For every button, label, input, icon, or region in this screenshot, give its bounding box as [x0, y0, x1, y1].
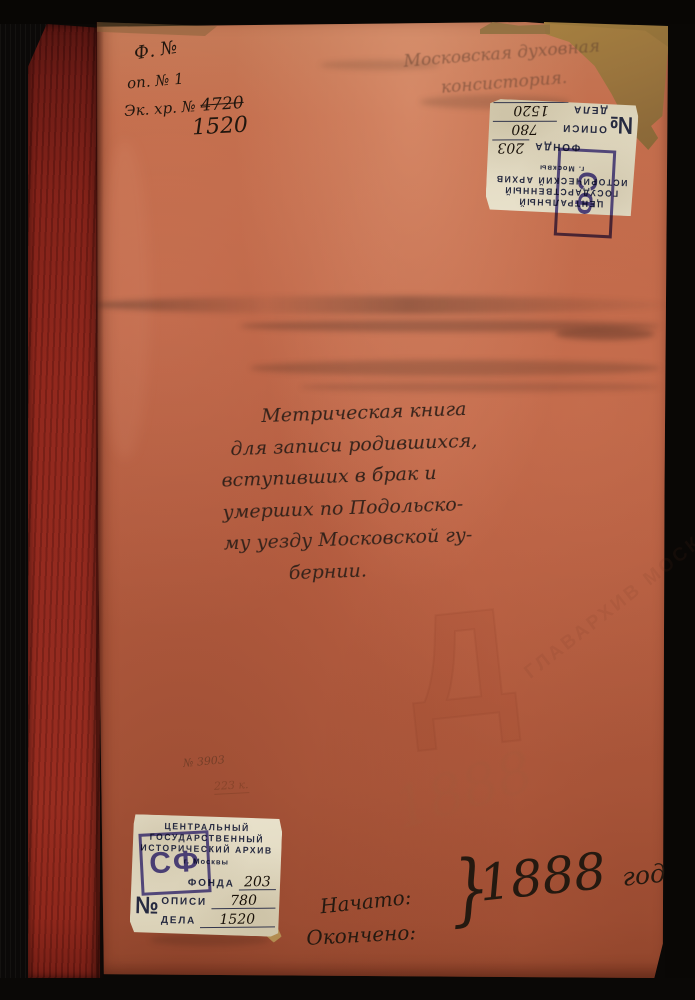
fond-value: 203: [492, 140, 529, 155]
book-spine-texture: [28, 24, 100, 978]
watermark-big-letter: Д: [399, 573, 523, 756]
smudge-band-3: [250, 360, 660, 376]
title-inscription: Метрическая книга для записи родившихся,…: [219, 390, 595, 592]
finished-label: Окончено:: [306, 920, 417, 950]
smudge-right: [555, 328, 655, 340]
sf-stamp-top: СФ: [554, 148, 617, 239]
numero-sign: №: [607, 110, 634, 138]
delo-value: 1520: [200, 912, 275, 928]
delo-row: ДЕЛА 1520: [161, 906, 275, 928]
delo-label: ДЕЛА: [161, 914, 196, 926]
fond-value: 203: [239, 875, 276, 890]
scan-margin-bottom: [0, 978, 695, 1000]
mark-new-number: 1520: [191, 113, 248, 141]
sf-stamp-bottom-text: СФ: [149, 845, 202, 882]
spine-cover-fold-shadow: [96, 22, 104, 978]
faint-price-note: 223 к.: [214, 778, 249, 795]
archival-book-cover-scan: ГЛАВАРХИВ МОСКВЫ ГЛАВАРХИВ МОСКВЫ ГЛАВАР…: [0, 0, 695, 1000]
delo-value: 1520: [493, 102, 568, 117]
delo-label: ДЕЛА: [572, 104, 608, 116]
opis-value: 780: [211, 893, 276, 909]
scan-margin-top: [0, 0, 695, 24]
year-word: год: [621, 858, 667, 891]
sf-stamp-top-text: СФ: [567, 169, 604, 217]
mark-storage-label: Эк. хр. №: [124, 97, 197, 120]
numero-sign: №: [135, 892, 162, 920]
year-value: 1888: [476, 842, 609, 913]
opis-value: 780: [493, 121, 557, 136]
light-wear-left: [100, 140, 150, 460]
sf-stamp-bottom: СФ: [138, 830, 211, 896]
smudge-band-1: [95, 296, 665, 314]
scan-margin-right: [665, 0, 695, 1000]
started-label: Начато:: [319, 885, 412, 918]
opis-label: ОПИСИ: [561, 122, 607, 134]
smudge-band-4: [300, 382, 660, 392]
